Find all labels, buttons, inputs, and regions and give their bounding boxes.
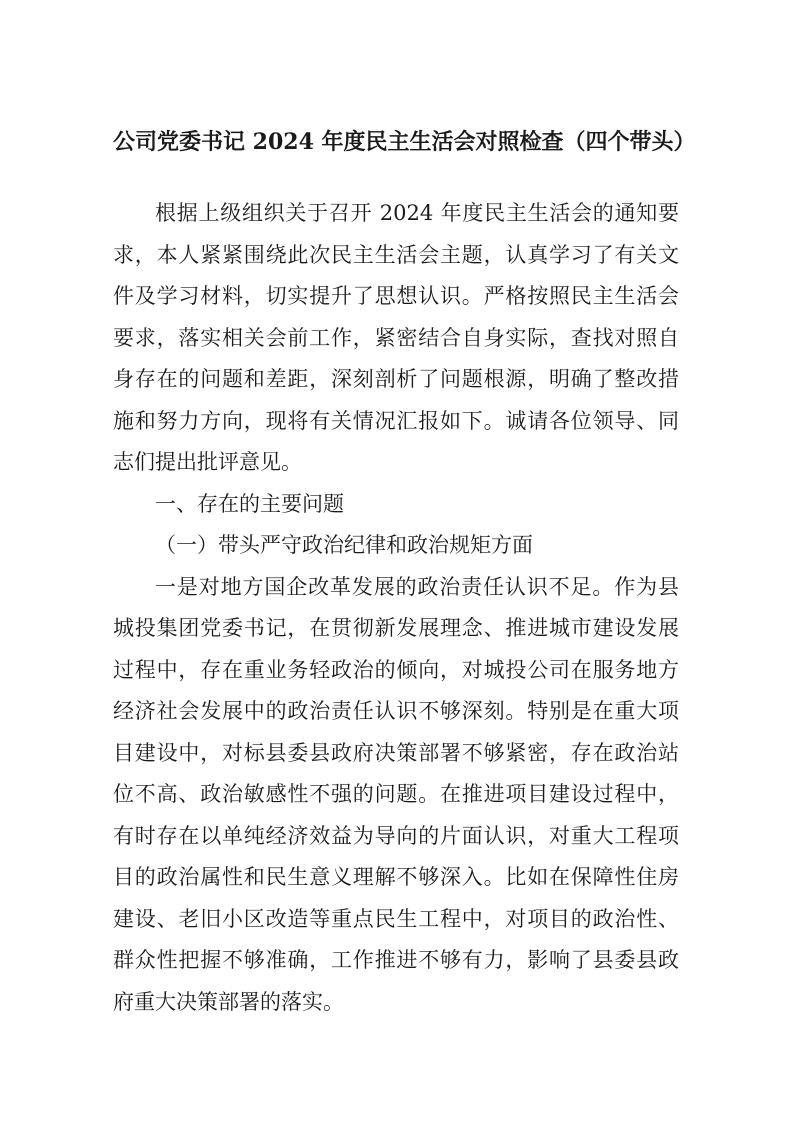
document-line: 身存在的问题和差距，深刻剖析了问题根源，明确了整改措 — [113, 359, 679, 401]
document-line: 一是对地方国企改革发展的政治责任认识不足。作为县 — [113, 567, 679, 609]
document-line: 过程中，存在重业务轻政治的倾向，对城投公司在服务地方 — [113, 650, 679, 692]
paragraph-intro: 根据上级组织关于召开 2024 年度民主生活会的通知要求，本人紧紧围绕此次民主生… — [113, 193, 679, 484]
paragraph-subsection-heading: （一）带头严守政治纪律和政治规矩方面 — [113, 525, 679, 567]
document-line: 府重大决策部署的落实。 — [113, 982, 679, 1024]
paragraph-issue-1: 一是对地方国企改革发展的政治责任认识不足。作为县城投集团党委书记，在贯彻新发展理… — [113, 567, 679, 1024]
document-line: 城投集团党委书记，在贯彻新发展理念、推进城市建设发展 — [113, 608, 679, 650]
document-line: 一、存在的主要问题 — [113, 484, 679, 526]
document-line: 目建设中，对标县委县政府决策部署不够紧密，存在政治站 — [113, 733, 679, 775]
document-line: 经济社会发展中的政治责任认识不够深刻。特别是在重大项 — [113, 691, 679, 733]
document-line: 位不高、政治敏感性不强的问题。在推进项目建设过程中， — [113, 774, 679, 816]
document-body: 根据上级组织关于召开 2024 年度民主生活会的通知要求，本人紧紧围绕此次民主生… — [113, 193, 679, 1023]
document-line: （一）带头严守政治纪律和政治规矩方面 — [113, 525, 679, 567]
document-line: 志们提出批评意见。 — [113, 442, 679, 484]
document-page: 公司党委书记 2024 年度民主生活会对照检查（四个带头） 根据上级组织关于召开… — [0, 0, 793, 1122]
paragraph-section-heading: 一、存在的主要问题 — [113, 484, 679, 526]
document-line: 群众性把握不够准确，工作推进不够有力，影响了县委县政 — [113, 940, 679, 982]
document-line: 根据上级组织关于召开 2024 年度民主生活会的通知要 — [113, 193, 679, 235]
document-line: 目的政治属性和民生意义理解不够深入。比如在保障性住房 — [113, 857, 679, 899]
document-title: 公司党委书记 2024 年度民主生活会对照检查（四个带头） — [113, 121, 679, 163]
document-line: 要求，落实相关会前工作，紧密结合自身实际，查找对照自 — [113, 318, 679, 360]
document-line: 施和努力方向，现将有关情况汇报如下。诚请各位领导、同 — [113, 401, 679, 443]
document-line: 件及学习材料，切实提升了思想认识。严格按照民主生活会 — [113, 276, 679, 318]
document-line: 有时存在以单纯经济效益为导向的片面认识，对重大工程项 — [113, 816, 679, 858]
document-line: 建设、老旧小区改造等重点民生工程中，对项目的政治性、 — [113, 899, 679, 941]
document-line: 求，本人紧紧围绕此次民主生活会主题，认真学习了有关文 — [113, 235, 679, 277]
